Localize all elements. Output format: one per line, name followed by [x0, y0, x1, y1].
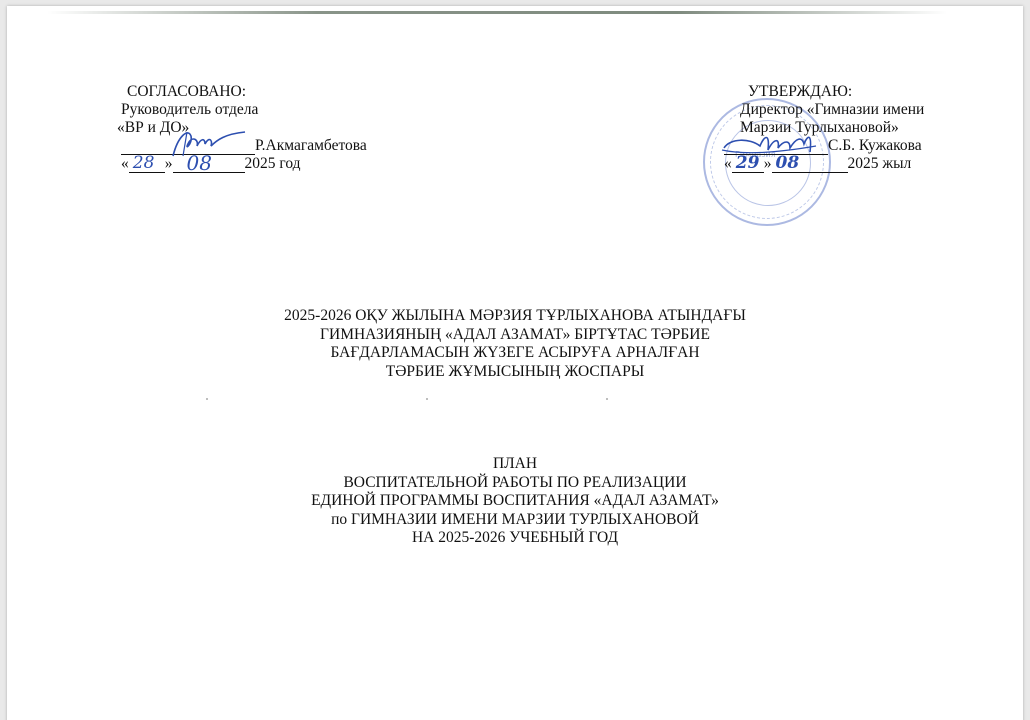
- approved-signature-row: С.Б. Кужакова: [724, 137, 1000, 155]
- russian-title-line-1: ПЛАН: [0, 455, 1030, 474]
- russian-title-line-5: НА 2025-2026 УЧЕБНЫЙ ГОД: [0, 529, 1030, 548]
- agreed-signature-row: Р.Акмагамбетова: [121, 137, 421, 155]
- russian-title-line-4: по ГИМНАЗИИ ИМЕНИ МАРЗИИ ТУРЛЫХАНОВОЙ: [0, 511, 1030, 530]
- kazakh-title-line-4: ТӘРБИЕ ЖҰМЫСЫНЫҢ ЖОСПАРЫ: [0, 363, 1030, 382]
- approval-block-approved: УТВЕРЖДАЮ: Директор «Гимназии имени Марз…: [740, 83, 1000, 173]
- date-open-quote: «: [121, 155, 129, 173]
- handwritten-day: 29: [736, 155, 760, 172]
- kazakh-title-line-3: БАҒДАРЛАМАСЫН ЖҮЗЕГЕ АСЫРУҒА АРНАЛҒАН: [0, 344, 1030, 363]
- day-line: 28: [129, 157, 165, 173]
- scan-edge-shadow: [47, 11, 947, 14]
- agreed-position-line1: Руководитель отдела: [121, 101, 421, 119]
- russian-title-line-3: ЕДИНОЙ ПРОГРАММЫ ВОСПИТАНИЯ «АДАЛ АЗАМАТ…: [0, 492, 1030, 511]
- handwritten-day: 28: [133, 155, 155, 172]
- approved-position-line1: Директор «Гимназии имени: [740, 101, 1000, 119]
- day-line: 29: [732, 157, 764, 173]
- kazakh-plan-title: 2025-2026 ОҚУ ЖЫЛЫНА МӘРЗИЯ ТҰРЛЫХАНОВА …: [0, 307, 1030, 381]
- handwritten-month: 08: [776, 155, 800, 172]
- month-line: 08: [772, 157, 848, 173]
- agreed-heading: СОГЛАСОВАНО:: [121, 83, 421, 101]
- approval-block-agreed: СОГЛАСОВАНО: Руководитель отдела «ВР и Д…: [121, 83, 421, 173]
- approved-signatory-name: С.Б. Кужакова: [828, 137, 922, 155]
- kazakh-title-line-1: 2025-2026 ОҚУ ЖЫЛЫНА МӘРЗИЯ ТҰРЛЫХАНОВА …: [0, 307, 1030, 326]
- russian-title-line-2: ВОСПИТАТЕЛЬНОЙ РАБОТЫ ПО РЕАЛИЗАЦИИ: [0, 474, 1030, 493]
- month-line: 08: [173, 157, 245, 173]
- scan-speck: [206, 398, 208, 400]
- kazakh-title-line-2: ГИМНАЗИЯНЫҢ «АДАЛ АЗАМАТ» БІРТҰТАС ТӘРБИ…: [0, 326, 1030, 345]
- scan-speck: [606, 398, 608, 400]
- signature-scribble-icon: [153, 126, 283, 160]
- approved-heading: УТВЕРЖДАЮ:: [740, 83, 1000, 101]
- russian-plan-title: ПЛАН ВОСПИТАТЕЛЬНОЙ РАБОТЫ ПО РЕАЛИЗАЦИИ…: [0, 455, 1030, 548]
- approved-date-year: 2025 жыл: [848, 155, 912, 173]
- scan-speck: [426, 398, 428, 400]
- handwritten-month: 08: [187, 155, 212, 172]
